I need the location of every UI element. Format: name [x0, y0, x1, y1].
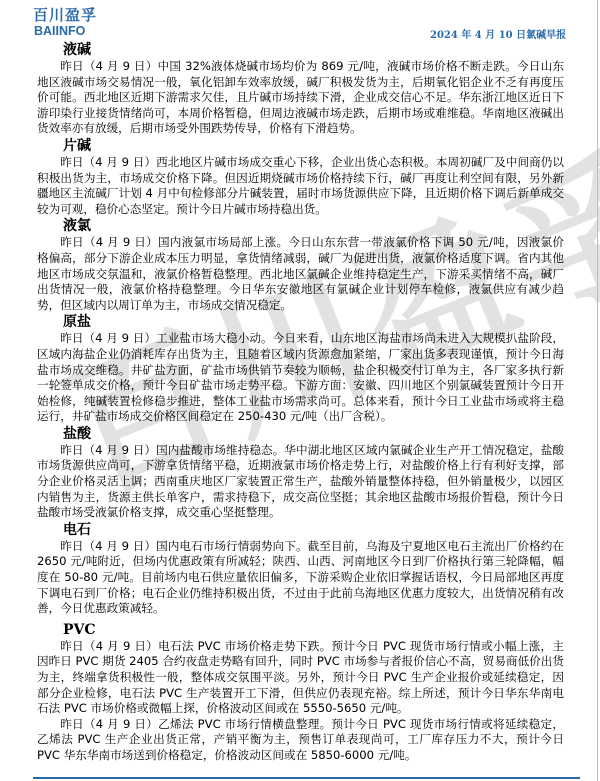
report-page: 百川盈孚 百川盈孚 BAIINFO 2024 年 4 月 10 日氯碱早报 液碱… — [0, 0, 600, 781]
section-paragraph: 昨日（4 月 9 日）电石法 PVC 市场价格走势下跌。预计今日 PVC 现货市… — [37, 639, 564, 717]
section-heading: 电石 — [63, 521, 564, 539]
section-heading: PVC — [63, 621, 564, 639]
section-calcium-carbide: 电石 昨日（4 月 9 日）国内电石市场行情弱势向下。截至目前，乌海及宁夏地区电… — [37, 521, 564, 617]
report-content: 液碱 昨日（4 月 9 日）中国 32%液体烧碱市场均价为 869 元/吨，液碱… — [37, 41, 564, 764]
section-paragraph: 昨日（4 月 9 日）国内液氯市场局部上涨。今日山东东营一带液氯价格下调 50 … — [37, 235, 564, 313]
page-edge — [597, 0, 598, 781]
section-pvc: PVC 昨日（4 月 9 日）电石法 PVC 市场价格走势下跌。预计今日 PVC… — [37, 621, 564, 764]
logo-en: BAIINFO — [34, 24, 97, 38]
section-liquid-caustic-soda: 液碱 昨日（4 月 9 日）中国 32%液体烧碱市场均价为 869 元/吨，液碱… — [37, 41, 564, 137]
brand-logo: 百川盈孚 BAIINFO — [33, 7, 97, 38]
section-paragraph: 昨日（4 月 9 日）乙烯法 PVC 市场行情横盘整理。预计今日 PVC 现货市… — [37, 717, 564, 764]
section-paragraph: 昨日（4 月 9 日）西北地区片碱市场成交重心下移，企业出货心态积极。本周初碱厂… — [37, 155, 564, 217]
section-heading: 原盐 — [63, 313, 564, 331]
section-paragraph: 昨日（4 月 9 日）中国 32%液体烧碱市场均价为 869 元/吨，液碱市场价… — [37, 59, 564, 137]
report-title: 2024 年 4 月 10 日氯碱早报 — [430, 26, 566, 41]
section-heading: 液碱 — [63, 41, 564, 59]
section-heading: 液氯 — [63, 217, 564, 235]
section-paragraph: 昨日（4 月 9 日）国内盐酸市场维持稳态。华中湖北地区区域内氯碱企业生产开工情… — [37, 443, 564, 521]
section-paragraph: 昨日（4 月 9 日）国内电石市场行情弱势向下。截至目前，乌海及宁夏地区电石主流… — [37, 539, 564, 617]
section-hydrochloric-acid: 盐酸 昨日（4 月 9 日）国内盐酸市场维持稳态。华中湖北地区区域内氯碱企业生产… — [37, 425, 564, 521]
section-paragraph: 昨日（4 月 9 日）工业盐市场大稳小动。今日来看，山东地区海盐市场尚未进入大规… — [37, 331, 564, 425]
section-flake-caustic-soda: 片碱 昨日（4 月 9 日）西北地区片碱市场成交重心下移，企业出货心态积极。本周… — [37, 137, 564, 217]
section-heading: 盐酸 — [63, 425, 564, 443]
section-liquid-chlorine: 液氯 昨日（4 月 9 日）国内液氯市场局部上涨。今日山东东营一带液氯价格下调 … — [37, 217, 564, 313]
footer-divider — [33, 777, 580, 779]
logo-cn: 百川盈孚 — [33, 7, 97, 24]
section-raw-salt: 原盐 昨日（4 月 9 日）工业盐市场大稳小动。今日来看，山东地区海盐市场尚未进… — [37, 313, 564, 425]
section-heading: 片碱 — [63, 137, 564, 155]
